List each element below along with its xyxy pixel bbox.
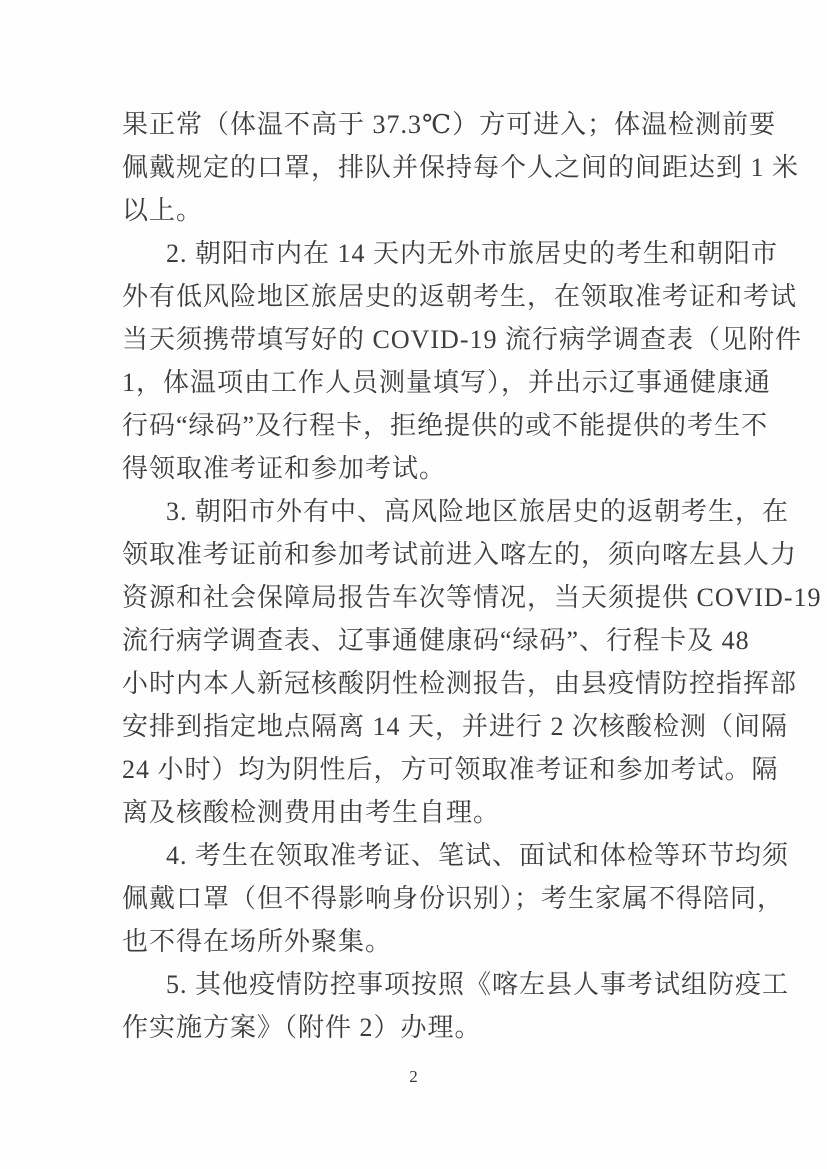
text-line: 佩戴规定的口罩，排队并保持每个人之间的间距达到 1 米	[122, 146, 705, 189]
text-line: 领取准考证前和参加考试前进入喀左的，须向喀左县人力	[122, 533, 705, 576]
text-line: 5. 其他疫情防控事项按照《喀左县人事考试组防疫工	[122, 963, 705, 1006]
text-line: 3. 朝阳市外有中、高风险地区旅居史的返朝考生，在	[122, 490, 705, 533]
text-line: 当天须携带填写好的 COVID-19 流行病学调查表（见附件	[122, 318, 705, 361]
text-line: 也不得在场所外聚集。	[122, 920, 705, 963]
document-body: 果正常（体温不高于 37.3℃）方可进入；体温检测前要佩戴规定的口罩，排队并保持…	[122, 103, 705, 1049]
text-line: 外有低风险地区旅居史的返朝考生，在领取准考证和考试	[122, 275, 705, 318]
text-line: 2. 朝阳市内在 14 天内无外市旅居史的考生和朝阳市	[122, 232, 705, 275]
text-line: 得领取准考证和参加考试。	[122, 447, 705, 490]
text-line: 资源和社会保障局报告车次等情况，当天须提供 COVID-19	[122, 576, 705, 619]
text-line: 行码“绿码”及行程卡，拒绝提供的或不能提供的考生不	[122, 404, 705, 447]
text-line: 24 小时）均为阴性后，方可领取准考证和参加考试。隔	[122, 748, 705, 791]
text-line: 果正常（体温不高于 37.3℃）方可进入；体温检测前要	[122, 103, 705, 146]
page-number: 2	[0, 1066, 827, 1088]
text-line: 以上。	[122, 189, 705, 232]
text-line: 1，体温项由工作人员测量填写），并出示辽事通健康通	[122, 361, 705, 404]
text-line: 4. 考生在领取准考证、笔试、面试和体检等环节均须	[122, 834, 705, 877]
text-line: 安排到指定地点隔离 14 天，并进行 2 次核酸检测（间隔	[122, 705, 705, 748]
text-line: 流行病学调查表、辽事通健康码“绿码”、行程卡及 48	[122, 619, 705, 662]
text-line: 佩戴口罩（但不得影响身份识别）；考生家属不得陪同，	[122, 877, 705, 920]
text-line: 小时内本人新冠核酸阴性检测报告，由县疫情防控指挥部	[122, 662, 705, 705]
text-line: 作实施方案》（附件 2）办理。	[122, 1006, 705, 1049]
text-line: 离及核酸检测费用由考生自理。	[122, 791, 705, 834]
document-page: 果正常（体温不高于 37.3℃）方可进入；体温检测前要佩戴规定的口罩，排队并保持…	[0, 0, 827, 1169]
